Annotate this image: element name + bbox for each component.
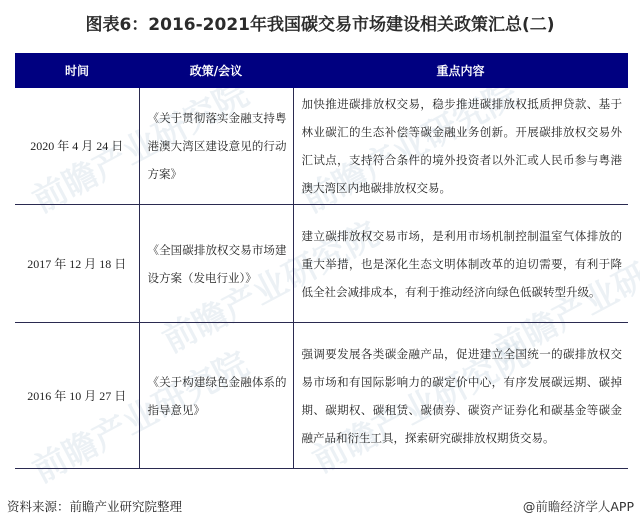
table-row: 2017 年 12 月 18 日 《全国碳排放权交易市场建设方案（发电行业）》 …	[15, 205, 628, 323]
cell-content: 强调要发展各类碳金融产品，促进建立全国统一的碳排放权交易市场和有国际影响力的碳定…	[293, 323, 628, 469]
cell-policy: 《关于贯彻落实金融支持粤港澳大湾区建设意见的行动方案》	[139, 88, 293, 205]
cell-time: 2020 年 4 月 24 日	[15, 88, 139, 205]
header-content: 重点内容	[293, 53, 628, 88]
table-header-row: 时间 政策/会议 重点内容	[15, 53, 628, 88]
cell-time: 2017 年 12 月 18 日	[15, 205, 139, 323]
cell-content: 加快推进碳排放权交易，稳步推进碳排放权抵质押贷款、基于林业碳汇的生态补偿等碳金融…	[293, 88, 628, 205]
cell-policy: 《全国碳排放权交易市场建设方案（发电行业）》	[139, 205, 293, 323]
cell-content: 建立碳排放权交易市场，是利用市场机制控制温室气体排放的重大举措，也是深化生态文明…	[293, 205, 628, 323]
chart-title: 图表6：2016-2021年我国碳交易市场建设相关政策汇总(二)	[0, 10, 640, 35]
source-note: 资料来源：前瞻产业研究院整理	[7, 497, 182, 515]
cell-policy: 《关于构建绿色金融体系的指导意见》	[139, 323, 293, 469]
header-time: 时间	[15, 53, 139, 88]
policy-table: 时间 政策/会议 重点内容 2020 年 4 月 24 日 《关于贯彻落实金融支…	[15, 53, 628, 469]
table-row: 2016 年 10 月 27 日 《关于构建绿色金融体系的指导意见》 强调要发展…	[15, 323, 628, 469]
header-policy: 政策/会议	[139, 53, 293, 88]
brand-credit: @前瞻经济学人APP	[523, 497, 634, 515]
table-row: 2020 年 4 月 24 日 《关于贯彻落实金融支持粤港澳大湾区建设意见的行动…	[15, 88, 628, 205]
cell-time: 2016 年 10 月 27 日	[15, 323, 139, 469]
